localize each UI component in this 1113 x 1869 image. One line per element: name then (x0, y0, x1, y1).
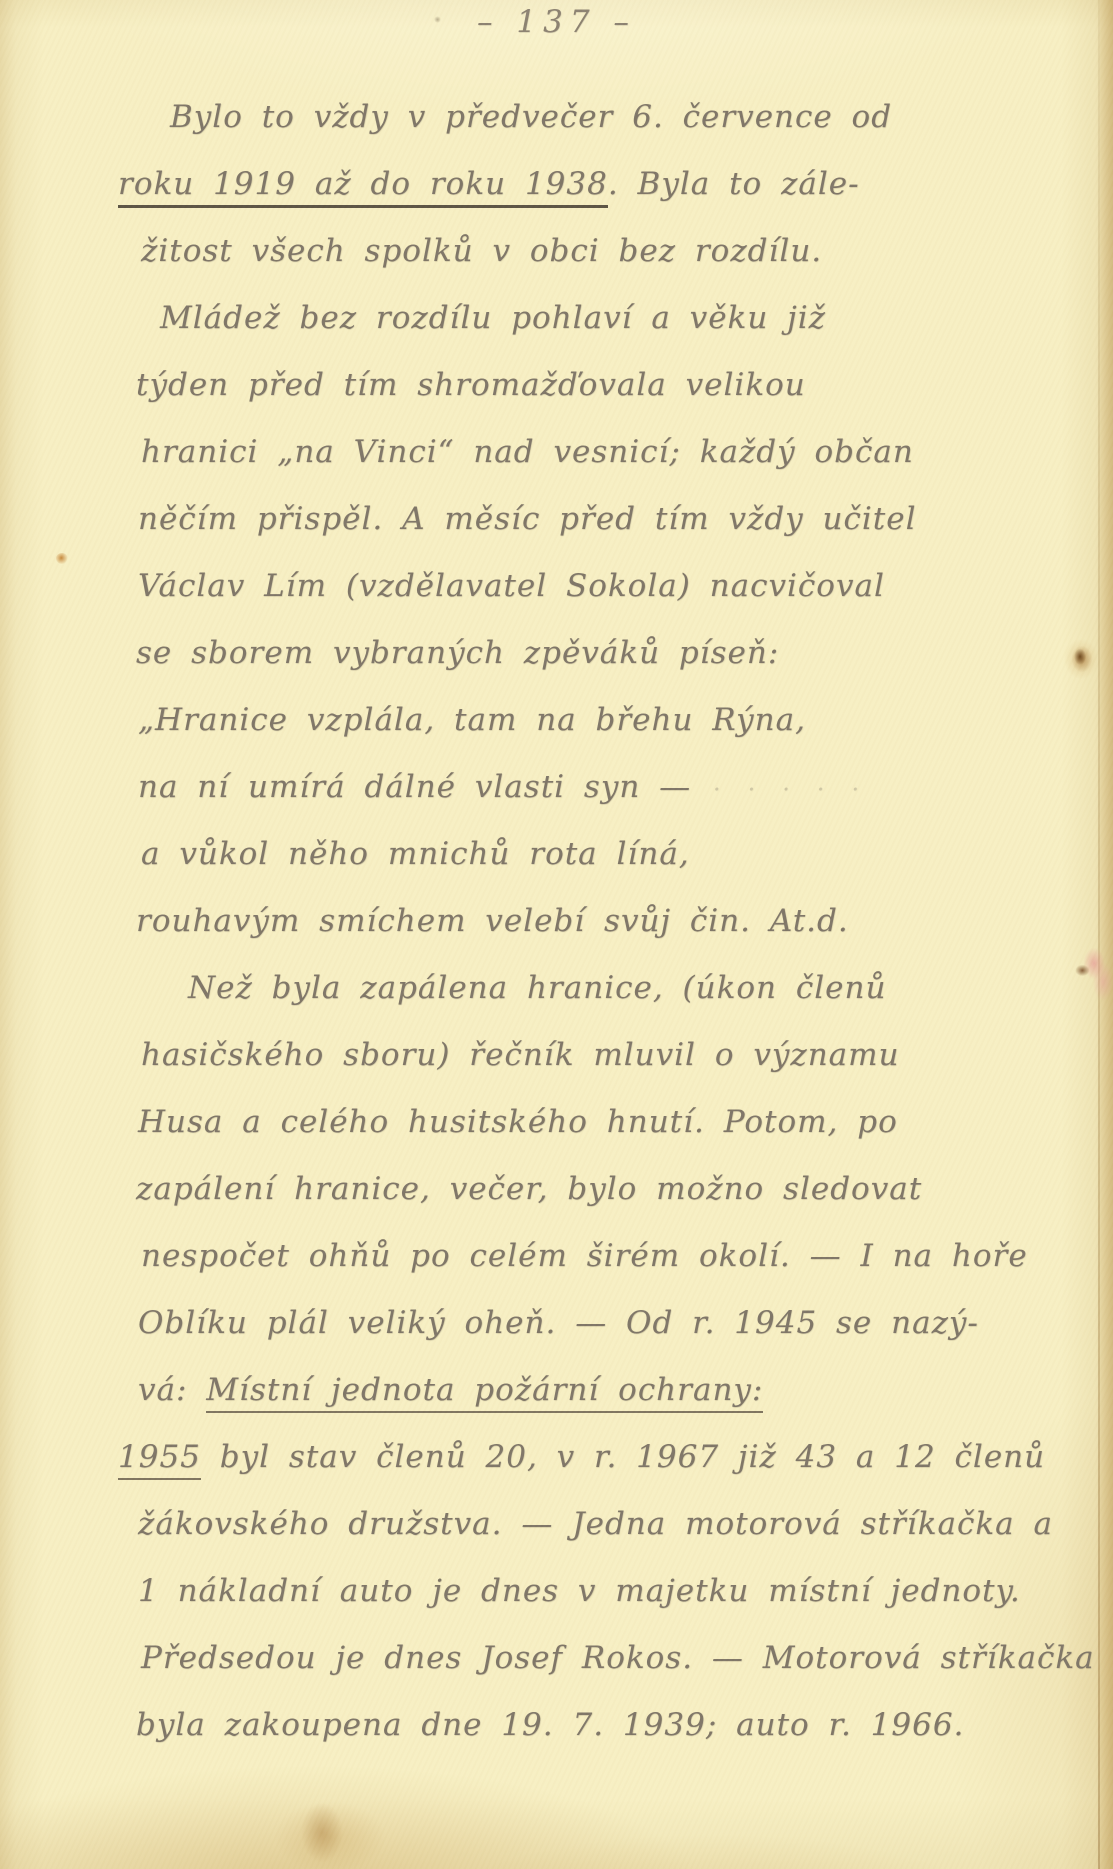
text-segment: byla zakoupena dne 19. 7. 1939; auto r. … (136, 1707, 964, 1743)
text-segment: vá: (138, 1372, 206, 1408)
water-stain (250, 1778, 410, 1869)
text-segment: byl stav členů 20, v r. 1967 již 43 a 12… (201, 1439, 1045, 1475)
text-segment: a vůkol něho mnichů rota líná, (141, 836, 690, 872)
handwritten-line: Mládež bez rozdílu pohlaví a věku již (138, 285, 1068, 352)
handwritten-line: vá: Místní jednota požární ochrany: (138, 1357, 1068, 1424)
handwritten-line: a vůkol něho mnichů rota líná, (141, 821, 1068, 888)
handwritten-line: Oblíku plál veliký oheň. — Od r. 1945 se… (138, 1290, 1068, 1357)
text-segment: Oblíku plál veliký oheň. — Od r. 1945 se… (138, 1305, 979, 1341)
page-number: – 137 – (0, 4, 1113, 40)
handwritten-line: „Hranice vzplála, tam na břehu Rýna, (138, 687, 1068, 754)
text-segment: nespočet ohňů po celém širém okolí. — I … (141, 1238, 1028, 1274)
underlined-year: 1955 (118, 1439, 201, 1480)
handwritten-line: nespočet ohňů po celém širém okolí. — I … (141, 1223, 1068, 1290)
handwritten-line: Než byla zapálena hranice, (úkon členů (138, 955, 1068, 1022)
manuscript-page: – 137 – Bylo to vždy v předvečer 6. červ… (0, 0, 1113, 1869)
underlined-text: roku 1919 až do roku 1938 (118, 166, 608, 208)
handwritten-line: Předsedou je dnes Josef Rokos. — Motorov… (141, 1625, 1068, 1692)
text-segment: Husa a celého husitského hnutí. Potom, p… (138, 1104, 898, 1140)
text-segment: Předsedou je dnes Josef Rokos. — Motorov… (141, 1640, 1095, 1676)
text-segment: něčím přispěl. A měsíc před tím vždy uči… (138, 501, 917, 537)
handwritten-line: Bylo to vždy v předvečer 6. července od (136, 84, 1068, 151)
handwritten-text-block: Bylo to vždy v předvečer 6. července od … (138, 84, 1068, 1759)
text-segment: Václav Lím (vzdělavatel Sokola) nacvičov… (138, 568, 885, 604)
erased-text: · · · · · (713, 777, 865, 803)
text-segment: Mládež bez rozdílu pohlaví a věku již (160, 300, 826, 336)
text-segment: se sborem vybraných zpěváků píseň: (136, 635, 779, 671)
handwritten-line: 1955 byl stav členů 20, v r. 1967 již 43… (118, 1424, 1068, 1491)
handwritten-line: Václav Lím (vzdělavatel Sokola) nacvičov… (138, 553, 1068, 620)
text-segment: 1 nákladní auto je dnes v majetku místní… (138, 1573, 1021, 1609)
text-segment: Bylo to vždy v předvečer 6. července od (170, 99, 892, 135)
binding-edge-strip (1100, 0, 1113, 1869)
text-segment: na ní umírá dálné vlasti syn — (138, 769, 691, 805)
handwritten-line: žákovského družstva. — Jedna motorová st… (138, 1491, 1068, 1558)
underlined-section-heading: Místní jednota požární ochrany: (206, 1372, 763, 1413)
text-segment: žákovského družstva. — Jedna motorová st… (138, 1506, 1053, 1542)
handwritten-line: Husa a celého husitského hnutí. Potom, p… (138, 1089, 1068, 1156)
text-segment: rouhavým smíchem velebí svůj čin. At.d. (136, 903, 849, 939)
handwritten-line: týden před tím shromažďovala velikou (136, 352, 1068, 419)
handwritten-line: byla zakoupena dne 19. 7. 1939; auto r. … (136, 1692, 1068, 1759)
handwritten-line: se sborem vybraných zpěváků píseň: (136, 620, 1068, 687)
handwritten-line: na ní umírá dálné vlasti syn —· · · · · (138, 754, 1068, 821)
handwritten-line: hasičského sboru) řečník mluvil o význam… (141, 1022, 1068, 1089)
handwritten-line: zapálení hranice, večer, bylo možno sled… (136, 1156, 1068, 1223)
text-segment: týden před tím shromažďovala velikou (136, 367, 806, 403)
text-segment: Než byla zapálena hranice, (úkon členů (188, 970, 886, 1006)
handwritten-line: 1 nákladní auto je dnes v majetku místní… (138, 1558, 1068, 1625)
handwritten-line: rouhavým smíchem velebí svůj čin. At.d. (136, 888, 1068, 955)
text-segment: hasičského sboru) řečník mluvil o význam… (141, 1037, 900, 1073)
text-segment: . Byla to zále- (608, 166, 860, 202)
handwritten-line: roku 1919 až do roku 1938. Byla to zále- (118, 151, 1068, 218)
handwritten-line: něčím přispěl. A měsíc před tím vždy uči… (138, 486, 1068, 553)
text-segment: hranici „na Vinci“ nad vesnicí; každý ob… (141, 434, 914, 470)
text-segment: zapálení hranice, večer, bylo možno sled… (136, 1171, 922, 1207)
text-segment: žitost všech spolků v obci bez rozdílu. (141, 233, 822, 269)
ink-dot-stain (56, 553, 68, 564)
handwritten-line: žitost všech spolků v obci bez rozdílu. (141, 218, 1068, 285)
handwritten-line: hranici „na Vinci“ nad vesnicí; každý ob… (141, 419, 1068, 486)
text-segment: „Hranice vzplála, tam na břehu Rýna, (138, 702, 806, 738)
